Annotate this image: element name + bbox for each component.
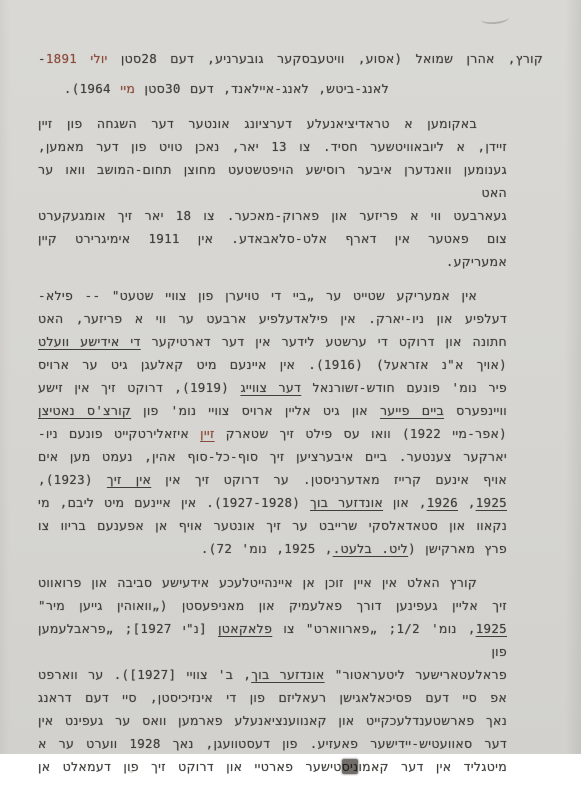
text-line: אפ סיי דעם פסיכאלאגישן רעאליזם פון די אי… — [38, 686, 507, 709]
text-run: גענומען וואנדערן איבער רוסישע הויפטשטעט … — [38, 162, 507, 200]
text-line: לאנג-ביטש, לאנג-איילאנד, דעם 30סטן מיי 1… — [38, 74, 389, 104]
text-run: צום פאטער אין דארף אלט-סלאבאדע. אין 1911… — [38, 231, 507, 269]
red-ink-text: יולי — [90, 51, 107, 66]
text-line: זיך אליין געפינען דורך פאלעמיק און מאניפ… — [38, 594, 507, 617]
text-line: 1925, 1926, און אונדזער בוך (1927-1928).… — [38, 491, 507, 514]
underlined-title: 1925 — [476, 621, 507, 636]
text-run: , — [458, 495, 476, 510]
underlined-title: זיין — [200, 426, 215, 441]
text-line: מיטגליד אין דער קאמוניסטישער פארטיי און … — [38, 755, 507, 778]
text-line: פרץ מארקישן (ליט. בלעט., 1925, נומ' 72). — [38, 537, 507, 560]
text-run: אויף אינעם קרייז מאדערניסטן. ער דרוקט זי… — [151, 472, 507, 487]
text-run: (1927-1928). אין איינעם מיט ליבם, מי — [38, 495, 310, 510]
text-line: פיר נומ' פונעם חודש-זשורנאל דער צווייג (… — [38, 376, 507, 399]
text-line: באקומען א טראדיציאנעלע דערציונג אונטער ד… — [38, 112, 507, 135]
text-run: טישער פארטיי און דרוקט זיך פון דעמאלט אן — [38, 759, 342, 774]
text-line: נאך פארשטענדלעכקייט און קאנווענציאנעלע פ… — [38, 709, 507, 732]
red-ink-text: מיי — [120, 81, 135, 96]
text-run: און גיט אליין ארויס צוויי נומ' פון — [131, 403, 380, 418]
text-line: זיידן, א ליובאוויטשער חסיד. צו 13 יאר, נ… — [38, 135, 507, 158]
text-run: (אויך א"נ אזראעל) (1916). אין איינעם מיט… — [38, 357, 507, 372]
underlined-title: ביים פייער — [380, 403, 444, 418]
underlined-title: אונדזער בוך — [310, 495, 383, 510]
underlined-title: 1926 — [427, 495, 458, 510]
underlined-title: ליט. בלעט. — [333, 541, 408, 556]
text-line: געארבעט ווי א פריזער און פארוק-מאכער. צו… — [38, 204, 507, 227]
text-run: לאנג-ביטש, לאנג-איילאנד, דעם 30סטן — [135, 81, 389, 96]
underlined-title: די אידישע וועלט — [38, 334, 141, 349]
text-run: 1964). — [64, 81, 120, 96]
text-line: גענומען וואנדערן איבער רוסישע הויפטשטעט … — [38, 158, 507, 204]
text-run: פיר נומ' פונעם חודש-זשורנאל — [301, 380, 507, 395]
text-line: פראלעטארישער ליטעראטור" אונדזער בוך, ב' … — [38, 663, 507, 686]
text-run: פרץ מארקישן ( — [408, 541, 507, 556]
typescript-text: קורץ, אהרן שמואל (אסוע, וויטעבסקער גובער… — [38, 44, 507, 789]
underlined-title: פלאקאטן — [218, 621, 272, 636]
text-line: 1925, נומ' 1/2; „פארווארט" צו פלאקאטן [נ… — [38, 617, 507, 663]
text-run: , און — [383, 495, 427, 510]
underlined-title: אונדזער בוך — [251, 667, 324, 682]
text-run: יארקער צענטער. ביים איבערציען זיך סוף-כל… — [38, 449, 507, 464]
text-line: (אויך א"נ אזראעל) (1916). אין איינעם מיט… — [38, 353, 507, 376]
scanned-page: קורץ, אהרן שמואל (אסוע, וויטעבסקער גובער… — [0, 0, 581, 800]
text-run: אין אמעריקע שטייט ער „ביי די טויערן פון … — [38, 288, 477, 303]
text-run: (1919), דרוקט זיך אין זישע — [38, 380, 240, 395]
text-run — [77, 51, 90, 66]
paragraph: באקומען א טראדיציאנעלע דערציונג אונטער ד… — [38, 112, 507, 273]
text-line: צום פאטער אין דארף אלט-סלאבאדע. אין 1911… — [38, 227, 507, 273]
text-run: נאך פארשטענדלעכקייט און קאנווענציאנעלע פ… — [38, 713, 507, 728]
text-run: קורץ האלט אין איין זוכן אן איינהייטלעכע … — [38, 575, 477, 590]
text-line: קורץ, אהרן שמואל (אסוע, וויטעבסקער גובער… — [38, 44, 543, 74]
text-run: פראלעטארישער ליטעראטור" — [325, 667, 507, 682]
ink-blot-text: ניס — [342, 759, 359, 774]
text-run: דער סאוועטיש-יידישער פאעזיע. פון דעסטווע… — [38, 736, 507, 751]
underlined-title: 1925 — [476, 495, 507, 510]
text-run: באקומען א טראדיציאנעלע דערציונג אונטער ד… — [38, 116, 477, 131]
text-run: - — [38, 51, 46, 66]
text-line: אין אמעריקע שטייט ער „ביי די טויערן פון … — [38, 284, 507, 307]
text-run: איזאלירטקייט פונעם ניו- — [38, 426, 200, 441]
red-ink-text: 1891 — [46, 51, 77, 66]
text-line: דער סאוועטיש-יידישער פאעזיע. פון דעסטווע… — [38, 732, 507, 755]
text-line: נקאוו און סטאדאלסקי שרייבט ער זיך אונטער… — [38, 514, 507, 537]
text-run: (1923), — [38, 472, 107, 487]
text-run: געארבעט ווי א פריזער און פארוק-מאכער. צו… — [38, 208, 507, 223]
underlined-title: אין זיך — [107, 472, 151, 487]
underlined-title: קורצ'ס נאטיצן — [38, 403, 131, 418]
text-run: דעלפיע און ניו-יארק. אין פילאדעלפיע ארבע… — [38, 311, 507, 326]
text-run: אפ סיי דעם פסיכאלאגישן רעאליזם פון די אי… — [38, 690, 507, 705]
text-line: אויף אינעם קרייז מאדערניסטן. ער דרוקט זי… — [38, 468, 507, 491]
text-line: דעלפיע און ניו-יארק. אין פילאדעלפיע ארבע… — [38, 307, 507, 330]
text-run: קורץ, אהרן שמואל (אסוע, וויטעבסקער גובער… — [108, 51, 543, 66]
paragraph: אין אמעריקע שטייט ער „ביי די טויערן פון … — [38, 284, 507, 560]
text-line: (אפר-מיי 1922) וואו עס פילט זיך שטארק זי… — [38, 422, 507, 445]
text-run: נקאוו און סטאדאלסקי שרייבט ער זיך אונטער… — [38, 518, 507, 533]
text-run: , נומ' 1/2; „פארווארט" צו — [272, 621, 476, 636]
text-run: וויינפערס — [444, 403, 507, 418]
text-line: יארקער צענטער. ביים איבערציען זיך סוף-כל… — [38, 445, 507, 468]
text-run: (אפר-מיי 1922) וואו עס פילט זיך שטארק — [215, 426, 507, 441]
underlined-title: דער צווייג — [240, 380, 301, 395]
text-run: , 1925, נומ' 72). — [201, 541, 333, 556]
text-run: , ב' צוויי [1927]). ער ווארפט — [38, 667, 251, 682]
text-line: חתונה און דרוקט די ערשטע לידער אין דער ד… — [38, 330, 507, 353]
text-run: חתונה און דרוקט די ערשטע לידער אין דער ד… — [141, 334, 507, 349]
text-run: מיטגליד אין דער קאמו — [358, 759, 507, 774]
text-line: קורץ האלט אין איין זוכן אן איינהייטלעכע … — [38, 571, 507, 594]
paragraph: קורץ, אהרן שמואל (אסוע, וויטעבסקער גובער… — [38, 44, 507, 104]
text-run: זיידן, א ליובאוויטשער חסיד. צו 13 יאר, נ… — [38, 139, 507, 154]
paragraph: קורץ האלט אין איין זוכן אן איינהייטלעכע … — [38, 571, 507, 778]
text-line: וויינפערס ביים פייער און גיט אליין ארויס… — [38, 399, 507, 422]
text-run: זיך אליין געפינען דורך פאלעמיק און מאניפ… — [38, 598, 507, 613]
